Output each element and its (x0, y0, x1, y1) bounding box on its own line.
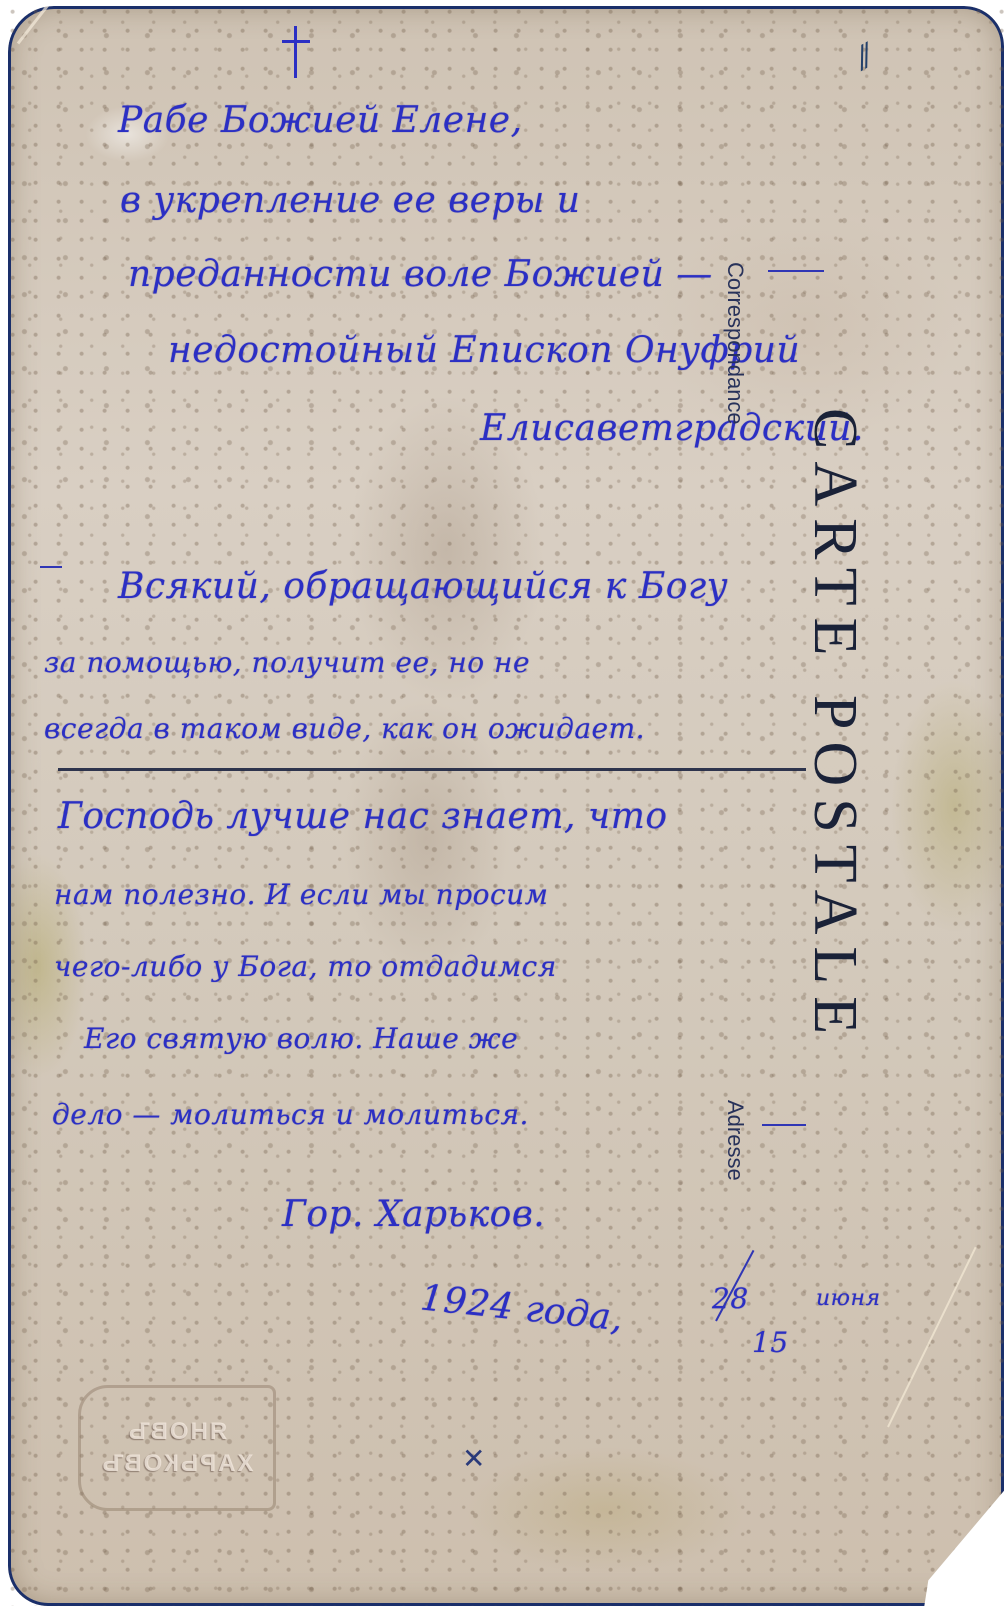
date-day-old: 28 (712, 1282, 749, 1315)
message-line-6: чего-либо у Бога, то отдадимся (54, 950, 557, 983)
cross-icon (294, 26, 297, 78)
carte-postale-heading: CARTE POSTALE (799, 408, 870, 1046)
adresse-label: Adresse (722, 1100, 748, 1181)
date-day-new: 15 (752, 1326, 789, 1359)
corner-crease (17, 0, 93, 44)
embossed-photographer-stamp: ЯНОВЪ ХАРЬКОВЪ (78, 1385, 276, 1511)
stamp-line-2: ХАРЬКОВЪ (101, 1450, 254, 1478)
dedication-line-2: в укрепление ее веры и (120, 180, 581, 221)
place-name: Гор. Харьков. (282, 1194, 545, 1235)
date-month: июня (816, 1286, 881, 1311)
dedication-line-3: предан­ности воле Божией — (128, 254, 713, 295)
margin-dash (762, 1124, 806, 1126)
message-line-1: Всякий, обращающийся к Богу (118, 566, 728, 607)
margin-dash (768, 270, 824, 272)
margin-dash (40, 566, 62, 568)
corner-crease (887, 1247, 976, 1428)
message-line-5: нам полезно. И если мы просим (54, 878, 548, 911)
correspondance-label: Correspondance (722, 262, 748, 425)
dedication-line-1: Рабе Божией Елене, (118, 100, 523, 141)
ink-blot: ✕ (462, 1442, 485, 1475)
message-line-7: Его святую волю. Наше же (84, 1022, 518, 1055)
stamp-line-1: ЯНОВЪ (127, 1418, 227, 1446)
message-line-4: Господь лучше нас знает, что (58, 796, 668, 837)
message-line-8: дело — молиться и молиться. (52, 1098, 529, 1131)
message-line-3: всегда в таком виде, как он ожидает. (44, 712, 645, 745)
message-line-2: за помощью, получит ее, но не (44, 646, 530, 679)
dedication-line-4: недостойный Епископ Онуфрий (168, 330, 800, 371)
divider-line (58, 768, 806, 771)
